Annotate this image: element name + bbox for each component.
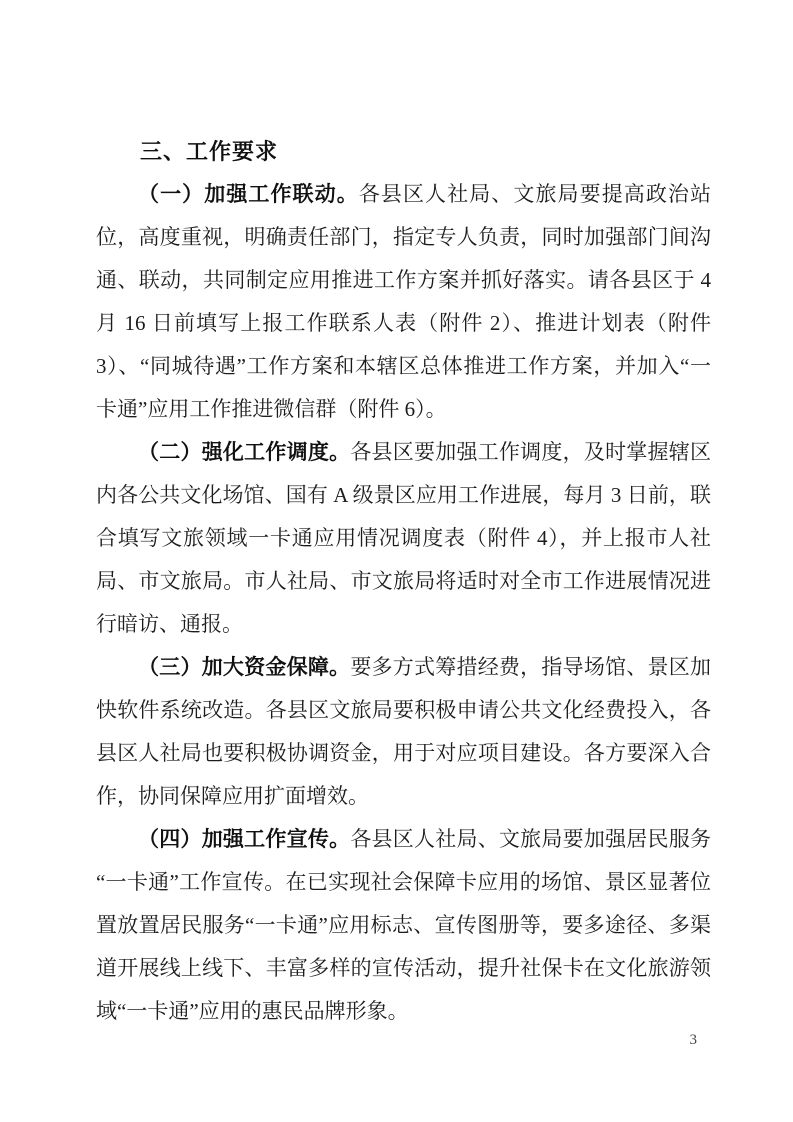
paragraph-2-text: 各县区要加强工作调度，及时掌握辖区内各公共文化场馆、国有 A 级景区应用工作进展… — [96, 440, 711, 636]
paragraph-3-lead: （三）加大资金保障。 — [138, 655, 350, 679]
paragraph-2: （二）强化工作调度。各县区要加强工作调度，及时掌握辖区内各公共文化场馆、国有 A… — [96, 431, 711, 646]
paragraph-1-lead: （一）加强工作联动。 — [138, 182, 359, 206]
paragraph-4: （四）加强工作宣传。各县区人社局、文旅局要加强居民服务“一卡通”工作宣传。在已实… — [96, 818, 711, 1033]
document-body: 三、工作要求 （一）加强工作联动。各县区人社局、文旅局要提高政治站位，高度重视，… — [96, 130, 711, 1033]
paragraph-3: （三）加大资金保障。要多方式筹措经费，指导场馆、景区加快软件系统改造。各县区文旅… — [96, 646, 711, 818]
paragraph-4-text: 各县区人社局、文旅局要加强居民服务“一卡通”工作宣传。在已实现社会保障卡应用的场… — [96, 827, 711, 1023]
paragraph-1: （一）加强工作联动。各县区人社局、文旅局要提高政治站位，高度重视，明确责任部门，… — [96, 173, 711, 431]
document-page: 三、工作要求 （一）加强工作联动。各县区人社局、文旅局要提高政治站位，高度重视，… — [0, 0, 793, 1122]
paragraph-1-text: 各县区人社局、文旅局要提高政治站位，高度重视，明确责任部门，指定专人负责，同时加… — [96, 182, 711, 421]
page-number: 3 — [690, 1032, 698, 1049]
paragraph-2-lead: （二）强化工作调度。 — [138, 440, 350, 464]
paragraph-4-lead: （四）加强工作宣传。 — [138, 827, 350, 851]
section-heading: 三、工作要求 — [96, 130, 711, 173]
